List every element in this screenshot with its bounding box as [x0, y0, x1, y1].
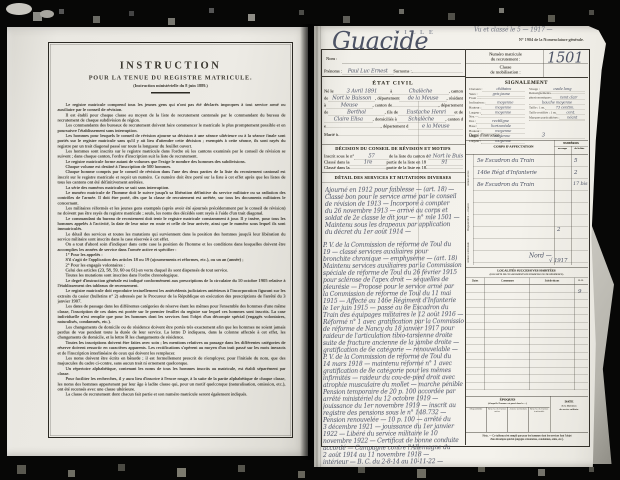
liberation-date-label: DATE	[550, 400, 588, 404]
instruction-paragraph: Les hommes sont inscrits sur le registre…	[58, 149, 286, 159]
fold-line	[317, 26, 318, 467]
localites-col-dates: Dates	[465, 280, 485, 283]
footnote-line2: d'un décompte spécial (engagés volontair…	[467, 438, 587, 441]
numeros-sub1: au corps	[554, 148, 571, 151]
instruction-paragraph: Toutes les inscriptions doivent être fai…	[58, 340, 286, 356]
signalement-right-column: Visage :ovale longRenseignementsphysiono…	[529, 87, 585, 121]
left-page: INSTRUCTION POUR LA TENUE DU REGISTRE MA…	[7, 27, 308, 456]
ec-print: , département	[439, 103, 463, 108]
localites-ruled-rows	[466, 285, 589, 390]
scanned-register-spread: INSTRUCTION POUR LA TENUE DU REGISTRE MA…	[0, 0, 620, 480]
decision-handwritten	[426, 169, 463, 170]
surname-handwritten: Guacide	[332, 27, 428, 55]
instruction-paragraph: Le registre matricule doit reproduire te…	[58, 288, 286, 304]
instruction-paragraphs: Le registre matricule comprend tous les …	[58, 102, 286, 434]
decision-print: Inscrit sous le n°	[324, 154, 354, 159]
epoques-column-header: Armée territoriale	[508, 408, 529, 433]
ec-print: , domiciliés à	[373, 117, 397, 122]
ec-print: , canton de	[372, 103, 392, 108]
corps-number-handwritten: 17 bis	[573, 181, 587, 187]
localites-col-communes: Communes	[485, 280, 530, 283]
top-handwritten-annotation: Vu et classé le 5 — 1917 —	[474, 26, 552, 33]
row-handwritten-value: moyenne	[481, 110, 525, 115]
instruction-paragraph: Les changements de domicile ou de réside…	[58, 324, 286, 340]
instruction-subtitle: POUR LA TENUE DU REGISTRE MATRICULE.	[49, 74, 292, 82]
instruction-paragraph: Le commandant du bureau de recrutement d…	[58, 216, 286, 232]
name-ruled-line	[342, 63, 461, 64]
row-label: Base :	[469, 125, 477, 129]
epoques-title: ÉPOQUES	[465, 398, 550, 402]
row-handwritten-value	[551, 94, 585, 95]
ec-print: e	[324, 124, 326, 129]
liberation-date-label3: du service militaire	[550, 409, 588, 412]
row-label: Yeux :	[469, 93, 478, 97]
localites-top-rule	[465, 267, 588, 268]
numeros-sub2: de la liste	[571, 148, 588, 151]
row-handwritten-value	[478, 117, 525, 118]
instruction-title: INSTRUCTION	[49, 59, 292, 72]
epoques-top-rule	[465, 396, 588, 397]
ec-print: , département	[375, 96, 399, 101]
corps-number-handwritten: 5	[574, 157, 577, 164]
row-label: Dos :	[469, 120, 476, 124]
signalement-header: SIGNALEMENT	[465, 80, 588, 86]
ec-handwritten: Berthol	[328, 109, 384, 116]
corps-number-handwritten: 2	[574, 169, 577, 176]
instruction-paragraph: Les commandants des bureaux de recruteme…	[58, 123, 286, 133]
row-label: Marques particulières :	[529, 116, 559, 120]
instruction-degree-label: Degré d'instruction :	[469, 133, 502, 138]
instruction-paragraph: Les noms doivent être écrits en bâtarde …	[58, 355, 286, 365]
instruction-paragraph: Le degré d'instruction générale est indi…	[58, 278, 286, 288]
instruction-paragraph: On a tout d'abord soin d'indiquer dans c…	[58, 242, 286, 252]
localites-col-dr: D. R.	[574, 280, 588, 283]
row-label: Taille rectifiée : 1 m.	[529, 111, 557, 115]
row-label: Renseignements	[529, 92, 551, 96]
service-notes-top: Ajourné en 1912 pour faiblesse — (art. 1…	[325, 186, 463, 238]
matricule-row-divider	[465, 63, 588, 64]
service-notes-main: P. V. de la Commission de réforme de Tou…	[323, 241, 464, 465]
ec-handwritten: Claire Élisa	[324, 116, 373, 123]
row-label: Front —	[469, 97, 480, 101]
surnames-label: Surnoms :	[393, 69, 411, 74]
film-noise-top	[0, 6, 3, 9]
epoques-columns: DisponibilitéRéserve de l'armée activeAr…	[466, 407, 550, 433]
liberation-date-label2: de la libération	[550, 405, 588, 408]
epoques-subtitle: (à laquelle l'homme est passé dans la —)	[465, 403, 550, 406]
ec-handwritten: Meuse	[326, 102, 372, 109]
ec-handwritten: Schalèche	[397, 116, 446, 123]
ec-handwritten	[326, 127, 381, 128]
row-handwritten-value: gris jaune	[478, 92, 525, 97]
firstname-handwritten: Paul Luc Ernest	[342, 68, 393, 75]
decision-header: DÉCISION DU CONSEIL DE RÉVISION ET MOTIF…	[321, 146, 465, 151]
ec-handwritten: de la Meuse	[400, 95, 447, 102]
decision-print: Classé dans la	[324, 165, 350, 170]
nomenclature-number: N° 1904 de la Nomenclature générale.	[464, 37, 584, 42]
instruction-degree-handwritten: 3	[502, 132, 585, 139]
instruction-paragraph: La classe de recrutement dont chacun fai…	[58, 392, 286, 397]
row-label: Inclinaison :	[469, 101, 485, 105]
title-divider	[151, 92, 190, 94]
side-label-territoriale: Armée territoriale	[467, 242, 470, 263]
signalement-row: Yeux :gris jaune	[469, 92, 525, 97]
instruction-paragraph: Pour faciliter les recherches, il y aura…	[58, 376, 286, 392]
ec-handwritten	[338, 136, 463, 137]
ec-print: , fils de	[385, 110, 398, 115]
classe-row-divider	[465, 77, 588, 78]
firstname-label: Prénoms :	[324, 69, 342, 74]
decision-print: partie de la liste en 18	[386, 160, 426, 165]
surnames-handwritten	[412, 72, 463, 73]
instruction-note: (Instruction ministérielle du 8 juin 188…	[49, 83, 292, 88]
decision-print: Classé dans la	[324, 160, 350, 165]
signalement-row	[529, 120, 585, 121]
decision-handwritten	[350, 169, 387, 170]
corps-check-handwritten: √ 1917	[549, 257, 567, 264]
corps-entry-handwritten: 146e Régt d'Infanterie	[477, 169, 537, 176]
handwritten-line: du décret du 1er août 1914 —	[325, 228, 463, 236]
etat-civil-header: ÉTAT CIVIL	[321, 80, 465, 86]
row-label: Largeur :	[469, 111, 481, 115]
epoques-column-header: Disponibilité	[466, 408, 487, 433]
film-damage-blob	[40, 10, 54, 18]
side-label-disponibilite: Disponibilité — réserve	[467, 203, 470, 231]
localites-mark-handwritten: 9	[578, 288, 581, 295]
corps-column-header: CORPS D'AFFECTATION	[474, 145, 553, 149]
corps-number-handwritten: 2	[557, 226, 560, 233]
corps-table-top-rule	[465, 140, 588, 141]
instruction-frame: INSTRUCTION POUR LA TENUE DU REGISTRE MA…	[48, 42, 293, 438]
matricule-label: Numéro matricule du recrutement :	[468, 52, 543, 62]
ec-print: , canton	[449, 89, 463, 94]
matricule-label-line2: du recrutement :	[491, 56, 520, 61]
handwritten-line: intérieur — B. C. du 2-8-14 au 10-11-22 …	[323, 458, 464, 465]
ec-handwritten: e la Meuse	[408, 123, 463, 130]
detail-rule	[321, 182, 465, 183]
epoques-column-header: Réserve de l'armée territoriale	[529, 408, 550, 433]
classe-label: Classe de mobilisation :	[468, 65, 543, 75]
instruction-paragraph: Il est établi pour chaque classe au moye…	[58, 112, 286, 122]
decision-print: de la liste du canton d	[389, 154, 428, 159]
row-handwritten-value: ovale long	[540, 87, 585, 92]
film-damage-blob	[6, 3, 32, 15]
ec-print: et de	[454, 110, 463, 115]
detail-services-header: DÉTAIL DES SERVICES ET MUTATIONS DIVERSE…	[321, 175, 465, 180]
ec-handwritten: 3 Avril 1891	[334, 88, 391, 95]
numeros-column-header: NUMÉROS	[554, 142, 588, 146]
decision-top-rule	[321, 144, 465, 145]
instruction-paragraph: Un répertoire alphabétique, contenant le…	[58, 366, 286, 376]
epoques-column-header: Réserve de l'armée active	[487, 408, 508, 433]
row-label: physionomiques :	[529, 96, 552, 100]
instruction-paragraph: Le registre matricule comprend tous les …	[58, 102, 286, 112]
instruction-paragraph: Le numéro matricule de l'homme doit le s…	[58, 190, 286, 206]
row-label: Visage :	[529, 88, 540, 92]
ec-handwritten: Eustache Henri	[398, 109, 454, 116]
localites-title: LOCALITÉS SUCCESSIVES HABITÉES	[465, 269, 588, 273]
instruction-paragraph: Les dates de passage dans les différente…	[58, 304, 286, 325]
name-label: Nom :	[326, 56, 337, 61]
classe-label-line2: de mobilisation :	[490, 69, 520, 74]
ec-print: Marié à	[324, 132, 338, 137]
film-noise-bottom	[0, 462, 3, 465]
localites-col-subdivisions: Subdivisions	[530, 280, 574, 283]
header-rule	[321, 76, 465, 77]
decision-print: partie de la liste en 18	[386, 165, 426, 170]
localites-subtitle: (PAR SUITE DE CHANGEMENTS DE DOMICILE OU…	[465, 274, 588, 277]
row-label: Cheveux :	[469, 88, 482, 92]
ec-print: , canton d	[445, 117, 463, 122]
ec-print: , résidant	[447, 96, 464, 101]
ec-print: , département d	[381, 124, 409, 129]
row-label: Taille : 1 m.	[529, 106, 545, 110]
right-page: VILLE Vu et classé le 5 — 1917 — N° 1904…	[314, 26, 606, 467]
row-label: Hauteur :	[469, 106, 481, 110]
decision-bottom-rule	[321, 172, 465, 173]
ec-print: Né le	[324, 89, 334, 94]
ec-handwritten: Chalèche	[392, 88, 449, 95]
epoques-bottom-rule	[465, 432, 588, 433]
instruction-paragraph: Le détail des services et toutes les mut…	[58, 231, 286, 241]
ec-handwritten: Nort le Buisson	[328, 95, 375, 102]
instruction-paragraph: Chaque homme compris par le conseil de r…	[58, 169, 286, 185]
corps-entry-handwritten: 8e Escadron du Train	[477, 181, 534, 188]
instruction-paragraph: Les militaires réformés et les jeunes ge…	[58, 205, 286, 215]
ec-handwritten	[392, 106, 438, 107]
side-label-armee-active: Armée active	[467, 170, 470, 186]
row-handwritten-value	[529, 120, 585, 121]
row-handwritten-value	[480, 99, 525, 100]
instruction-paragraph: Les hommes pour lesquels le conseil de r…	[58, 133, 286, 149]
corps-entry-handwritten: 5e Escadron du Train	[477, 157, 534, 164]
